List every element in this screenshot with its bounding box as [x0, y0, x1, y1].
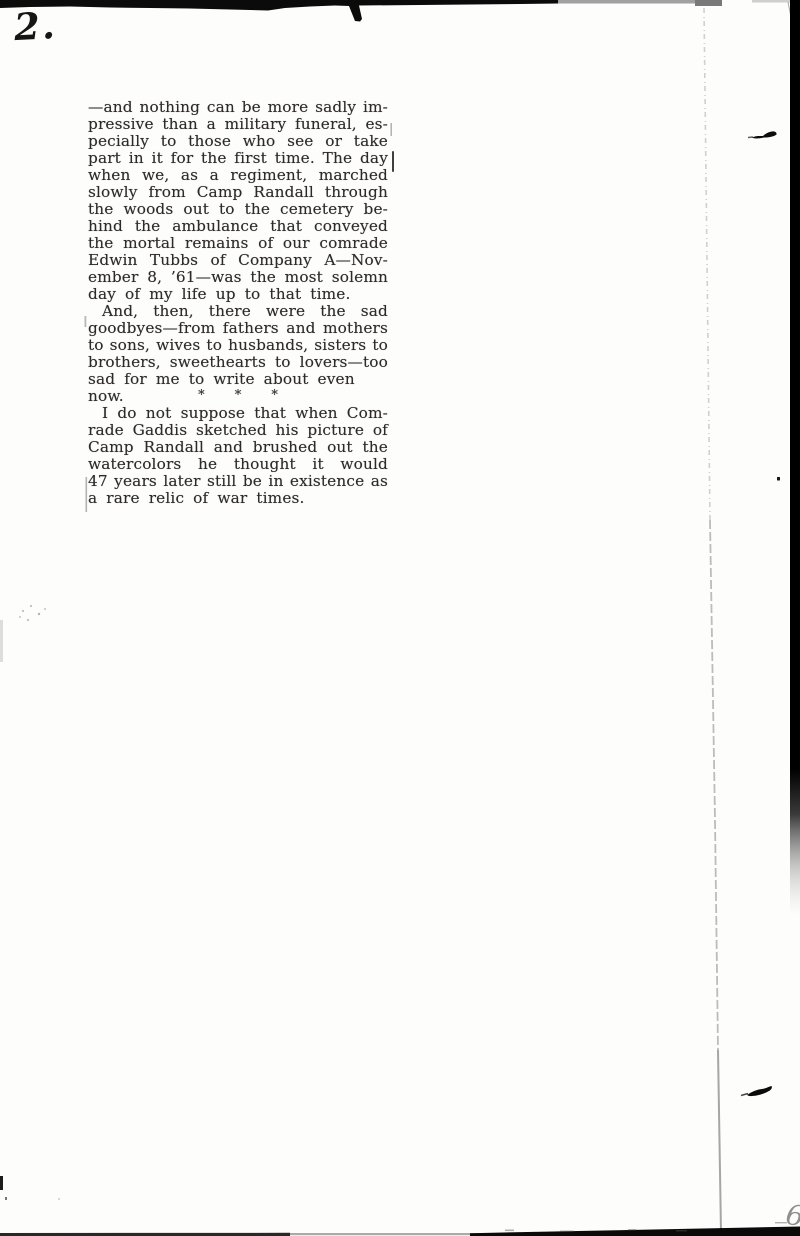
handwritten-corner-mark: 6 — [784, 1198, 800, 1233]
bottom-edge-gray-mid — [290, 1233, 480, 1235]
text-line: goodbyes—from fathers and mothers — [88, 320, 388, 337]
ink-dot-icon — [777, 477, 780, 481]
ink-blot-lower-tail — [741, 1094, 748, 1096]
left-edge-black-bit — [0, 1176, 3, 1190]
scanned-document-page: 2. —and nothing can be more sadly im-pre… — [0, 0, 800, 1236]
margin-tick-left-lower — [86, 477, 88, 512]
text-line: sad for me to write about even now. — [88, 371, 388, 388]
text-line: when we, as a regiment, marched — [88, 167, 388, 184]
bottom-edge-speckles — [505, 1222, 787, 1232]
left-edge-small-dot — [5, 1197, 7, 1200]
margin-tick-left-mid — [85, 316, 87, 327]
text-line: the mortal remains of our comrade — [88, 235, 388, 252]
top-edge-dark-blob — [695, 0, 722, 6]
section-separator: * * * — [88, 388, 388, 405]
right-edge-strip — [790, 0, 800, 915]
article-column: —and nothing can be more sadly im-pressi… — [88, 99, 388, 507]
bottom-edge-bar-right — [470, 1227, 800, 1236]
ink-blot-upper-icon — [752, 131, 777, 138]
text-line: ember 8, ’61—was the most solemn — [88, 269, 388, 286]
text-line: pecially to those who see or take — [88, 133, 388, 150]
margin-tick-right-upper — [391, 123, 392, 136]
text-line: part in it for the first time. The day — [88, 150, 388, 167]
top-edge-bar-icon — [0, 0, 558, 22]
text-line: brothers, sweethearts to lovers—too — [88, 354, 388, 371]
ink-blot-upper-tail — [748, 137, 753, 138]
text-line: the woods out to the cemetery be- — [88, 201, 388, 218]
text-line: rade Gaddis sketched his picture of — [88, 422, 388, 439]
text-line: slowly from Camp Randall through — [88, 184, 388, 201]
text-line: —and nothing can be more sadly im- — [88, 99, 388, 116]
text-line: I do not suppose that when Com- — [88, 405, 388, 422]
left-edge-speckles — [19, 605, 46, 621]
top-edge-faint-segment — [752, 0, 790, 3]
text-line: Camp Randall and brushed out the — [88, 439, 388, 456]
text-line: watercolors he thought it would — [88, 456, 388, 473]
margin-tick-right-lower — [392, 151, 394, 172]
text-line: hind the ambulance that conveyed — [88, 218, 388, 235]
text-line: to sons, wives to husbands, sisters to — [88, 337, 388, 354]
text-line: And, then, there were the sad — [88, 303, 388, 320]
top-edge-gray-segment — [558, 0, 695, 4]
ink-blot-lower-icon — [747, 1086, 772, 1096]
text-line: Edwin Tubbs of Company A—Nov- — [88, 252, 388, 269]
left-edge-smudge — [0, 620, 3, 662]
text-line: 47 years later still be in existence as — [88, 473, 388, 490]
text-line: pressive than a military funeral, es- — [88, 116, 388, 133]
text-line: day of my life up to that time. — [88, 286, 388, 303]
fold-line-foot-dot — [719, 1228, 723, 1232]
text-line: a rare relic of war times. — [88, 490, 388, 507]
handwritten-page-number: 2. — [13, 3, 58, 49]
fold-line-middle — [710, 520, 718, 1050]
bottom-left-speck — [58, 1198, 60, 1200]
top-right-scratch-icon — [788, 2, 794, 32]
fold-line-upper — [704, 8, 710, 520]
fold-line-lower — [718, 1050, 721, 1232]
